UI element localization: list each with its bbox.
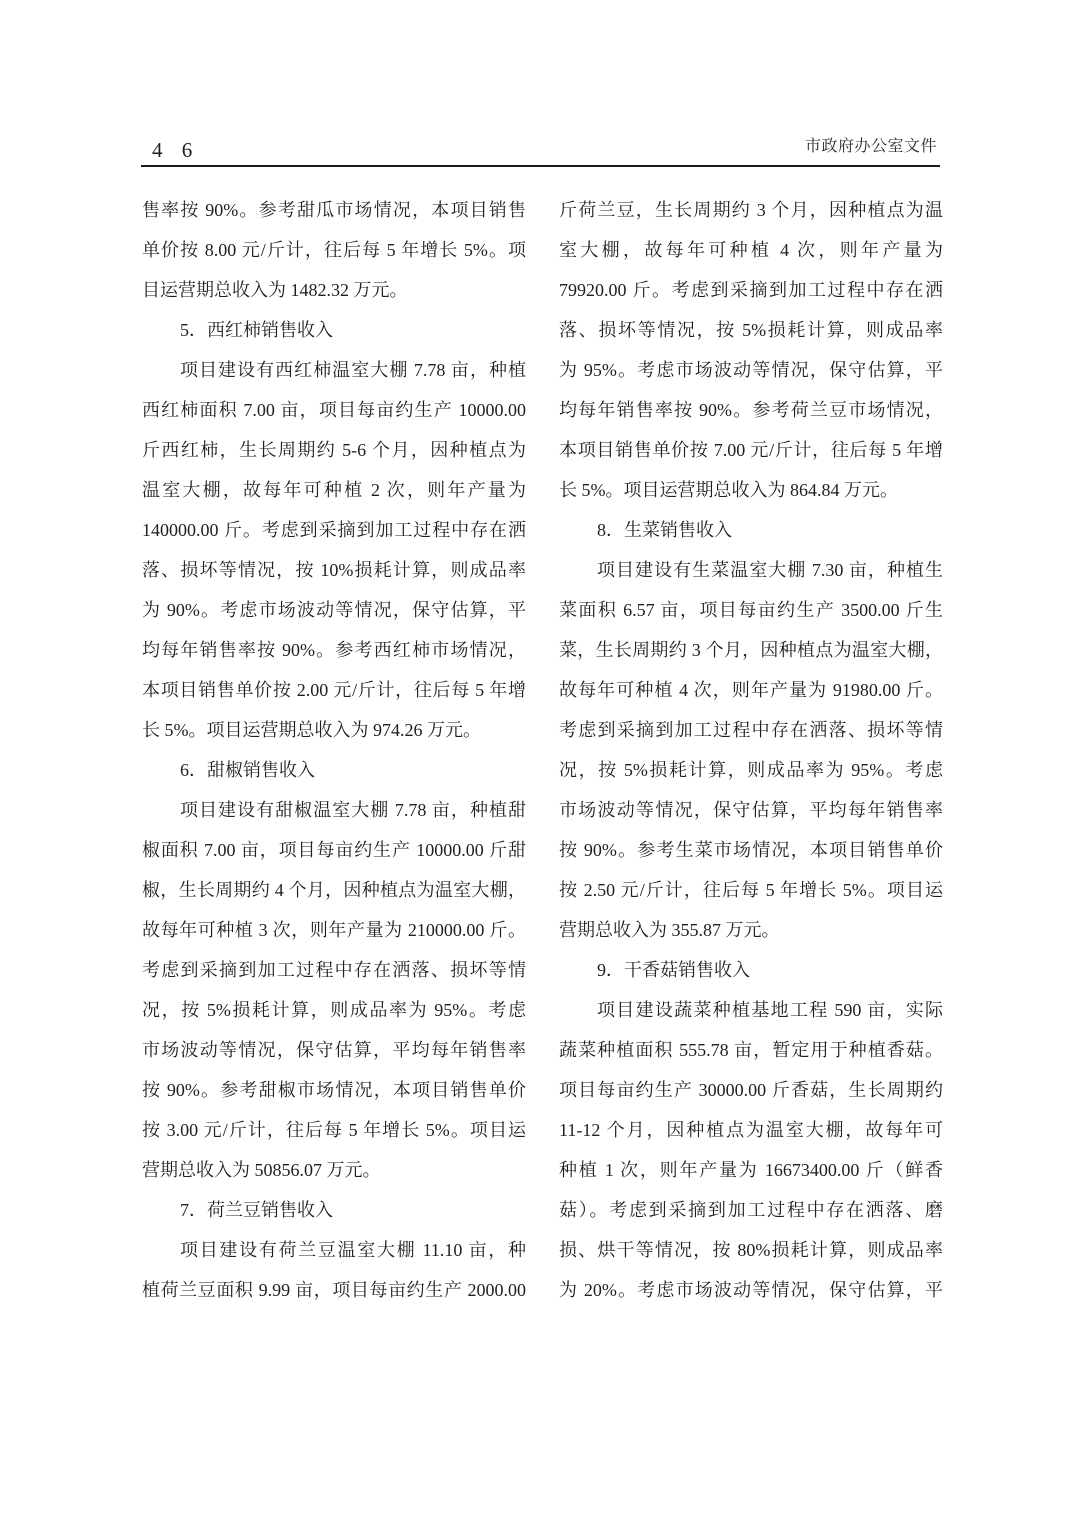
text-line: 考虑到采摘到加工过程中存在洒落、损坏等情 xyxy=(142,950,526,990)
text-line: 项目建设有西红柿温室大棚 7.78 亩，种植 xyxy=(142,350,526,390)
text-line: 7．荷兰豆销售收入 xyxy=(142,1190,526,1230)
text-line: 市场波动等情况，保守估算，平均每年销售率 xyxy=(142,1030,526,1070)
text-line: 9．干香菇销售收入 xyxy=(559,950,943,990)
text-line: 损、烘干等情况，按 80%损耗计算，则成品率 xyxy=(559,1230,943,1270)
text-line: 按 2.50 元/斤计，往后每 5 年增长 5%。项目运 xyxy=(559,870,943,910)
text-line: 项目每亩约生产 30000.00 斤香菇，生长周期约 xyxy=(559,1070,943,1110)
text-line: 140000.00 斤。考虑到采摘到加工过程中存在洒 xyxy=(142,510,526,550)
text-line: 况，按 5%损耗计算，则成品率为 95%。考虑 xyxy=(142,990,526,1030)
text-line: 故每年可种植 3 次，则年产量为 210000.00 斤。 xyxy=(142,910,526,950)
text-line: 单价按 8.00 元/斤计，往后每 5 年增长 5%。项 xyxy=(142,230,526,270)
text-line: 温室大棚，故每年可种植 2 次，则年产量为 xyxy=(142,470,526,510)
doc-header-label: 市政府办公室文件 xyxy=(805,133,937,156)
text-line: 79920.00 斤。考虑到采摘到加工过程中存在洒 xyxy=(559,270,943,310)
text-line: 为 20%。考虑市场波动等情况，保守估算，平 xyxy=(559,1270,943,1310)
text-line: 室大棚，故每年可种植 4 次，则年产量为 xyxy=(559,230,943,270)
text-line: 均每年销售率按 90%。参考荷兰豆市场情况， xyxy=(559,390,943,430)
text-line: 长 5%。项目运营期总收入为 974.26 万元。 xyxy=(142,710,526,750)
text-line: 为 90%。考虑市场波动等情况，保守估算，平 xyxy=(142,590,526,630)
text-line: 6．甜椒销售收入 xyxy=(142,750,526,790)
text-line: 11-12 个月，因种植点为温室大棚，故每年可 xyxy=(559,1110,943,1150)
text-line: 项目建设有甜椒温室大棚 7.78 亩，种植甜 xyxy=(142,790,526,830)
text-line: 按 3.00 元/斤计，往后每 5 年增长 5%。项目运 xyxy=(142,1110,526,1150)
text-line: 落、损坏等情况，按 10%损耗计算，则成品率 xyxy=(142,550,526,590)
text-line: 本项目销售单价按 2.00 元/斤计，往后每 5 年增 xyxy=(142,670,526,710)
left-column: 售率按 90%。参考甜瓜市场情况，本项目销售单价按 8.00 元/斤计，往后每 … xyxy=(142,190,526,1310)
text-line: 售率按 90%。参考甜瓜市场情况，本项目销售 xyxy=(142,190,526,230)
text-line: 营期总收入为 50856.07 万元。 xyxy=(142,1150,526,1190)
document-page: 4 6 市政府办公室文件 售率按 90%。参考甜瓜市场情况，本项目销售单价按 8… xyxy=(0,0,1074,1520)
text-line: 种植 1 次，则年产量为 16673400.00 斤（鲜香 xyxy=(559,1150,943,1190)
text-line: 椒，生长周期约 4 个月，因种植点为温室大棚， xyxy=(142,870,526,910)
header-rule xyxy=(141,165,940,167)
text-line: 斤西红柿，生长周期约 5-6 个月，因种植点为 xyxy=(142,430,526,470)
text-line: 斤荷兰豆，生长周期约 3 个月，因种植点为温 xyxy=(559,190,943,230)
text-line: 考虑到采摘到加工过程中存在洒落、损坏等情 xyxy=(559,710,943,750)
right-column: 斤荷兰豆，生长周期约 3 个月，因种植点为温室大棚，故每年可种植 4 次，则年产… xyxy=(559,190,943,1310)
document-body: 售率按 90%。参考甜瓜市场情况，本项目销售单价按 8.00 元/斤计，往后每 … xyxy=(142,190,943,1310)
text-line: 椒面积 7.00 亩，项目每亩约生产 10000.00 斤甜 xyxy=(142,830,526,870)
text-line: 植荷兰豆面积 9.99 亩，项目每亩约生产 2000.00 xyxy=(142,1270,526,1310)
text-line: 菜面积 6.57 亩，项目每亩约生产 3500.00 斤生 xyxy=(559,590,943,630)
text-line: 蔬菜种植面积 555.78 亩，暂定用于种植香菇。 xyxy=(559,1030,943,1070)
text-line: 菜，生长周期约 3 个月，因种植点为温室大棚， xyxy=(559,630,943,670)
text-line: 项目建设蔬菜种植基地工程 590 亩，实际 xyxy=(559,990,943,1030)
text-line: 市场波动等情况，保守估算，平均每年销售率 xyxy=(559,790,943,830)
text-line: 为 95%。考虑市场波动等情况，保守估算，平 xyxy=(559,350,943,390)
text-line: 西红柿面积 7.00 亩，项目每亩约生产 10000.00 xyxy=(142,390,526,430)
page-number: 4 6 xyxy=(152,138,199,163)
text-line: 故每年可种植 4 次，则年产量为 91980.00 斤。 xyxy=(559,670,943,710)
text-line: 项目建设有生菜温室大棚 7.30 亩，种植生 xyxy=(559,550,943,590)
text-line: 长 5%。项目运营期总收入为 864.84 万元。 xyxy=(559,470,943,510)
text-line: 8．生菜销售收入 xyxy=(559,510,943,550)
text-line: 按 90%。参考生菜市场情况，本项目销售单价 xyxy=(559,830,943,870)
text-line: 落、损坏等情况，按 5%损耗计算，则成品率 xyxy=(559,310,943,350)
text-line: 况，按 5%损耗计算，则成品率为 95%。考虑 xyxy=(559,750,943,790)
text-line: 目运营期总收入为 1482.32 万元。 xyxy=(142,270,526,310)
text-line: 营期总收入为 355.87 万元。 xyxy=(559,910,943,950)
text-line: 菇）。考虑到采摘到加工过程中存在洒落、磨 xyxy=(559,1190,943,1230)
text-line: 均每年销售率按 90%。参考西红柿市场情况， xyxy=(142,630,526,670)
text-line: 按 90%。参考甜椒市场情况，本项目销售单价 xyxy=(142,1070,526,1110)
text-line: 5．西红柿销售收入 xyxy=(142,310,526,350)
text-line: 本项目销售单价按 7.00 元/斤计，往后每 5 年增 xyxy=(559,430,943,470)
text-line: 项目建设有荷兰豆温室大棚 11.10 亩，种 xyxy=(142,1230,526,1270)
